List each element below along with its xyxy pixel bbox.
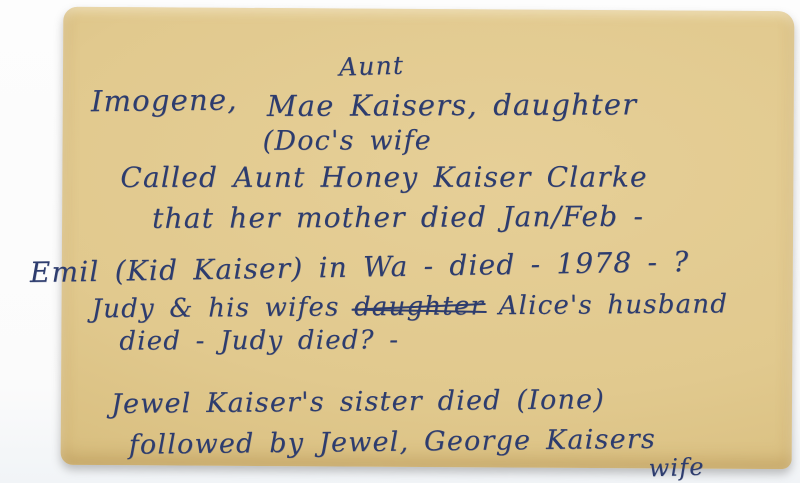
handwritten-line-1-name: Imogene,	[91, 83, 238, 119]
handwritten-line-5: Emil (Kid Kaiser) in Wa - died - 1978 - …	[30, 245, 690, 289]
struck-word-daughter: daughter	[354, 291, 484, 322]
handwritten-line-2: (Doc's wife	[263, 125, 432, 156]
line-6-prefix: Judy & his wifes	[91, 292, 354, 324]
handwritten-line-3: Called Aunt Honey Kaiser Clarke	[120, 161, 647, 194]
handwritten-line-8: Jewel Kaiser's sister died (Ione)	[111, 384, 605, 420]
handwritten-line-6: Judy & his wifes daughter Alice's husban…	[91, 289, 728, 324]
handwritten-line-7: died - Judy died? -	[119, 325, 399, 356]
scanned-page-background: Aunt Imogene, Mae Kaisers, daughter (Doc…	[0, 0, 800, 483]
handwritten-line-4: that her mother died Jan/Feb -	[152, 200, 644, 235]
inserted-word-aunt: Aunt	[339, 51, 405, 82]
handwritten-line-1-rest: Mae Kaisers, daughter	[267, 87, 638, 123]
line-6-suffix: Alice's husband	[484, 289, 728, 321]
handwritten-word-wife: wife	[648, 453, 705, 483]
index-card: Aunt Imogene, Mae Kaisers, daughter (Doc…	[61, 7, 795, 469]
handwritten-line-9: followed by Jewel, George Kaisers	[129, 424, 657, 461]
